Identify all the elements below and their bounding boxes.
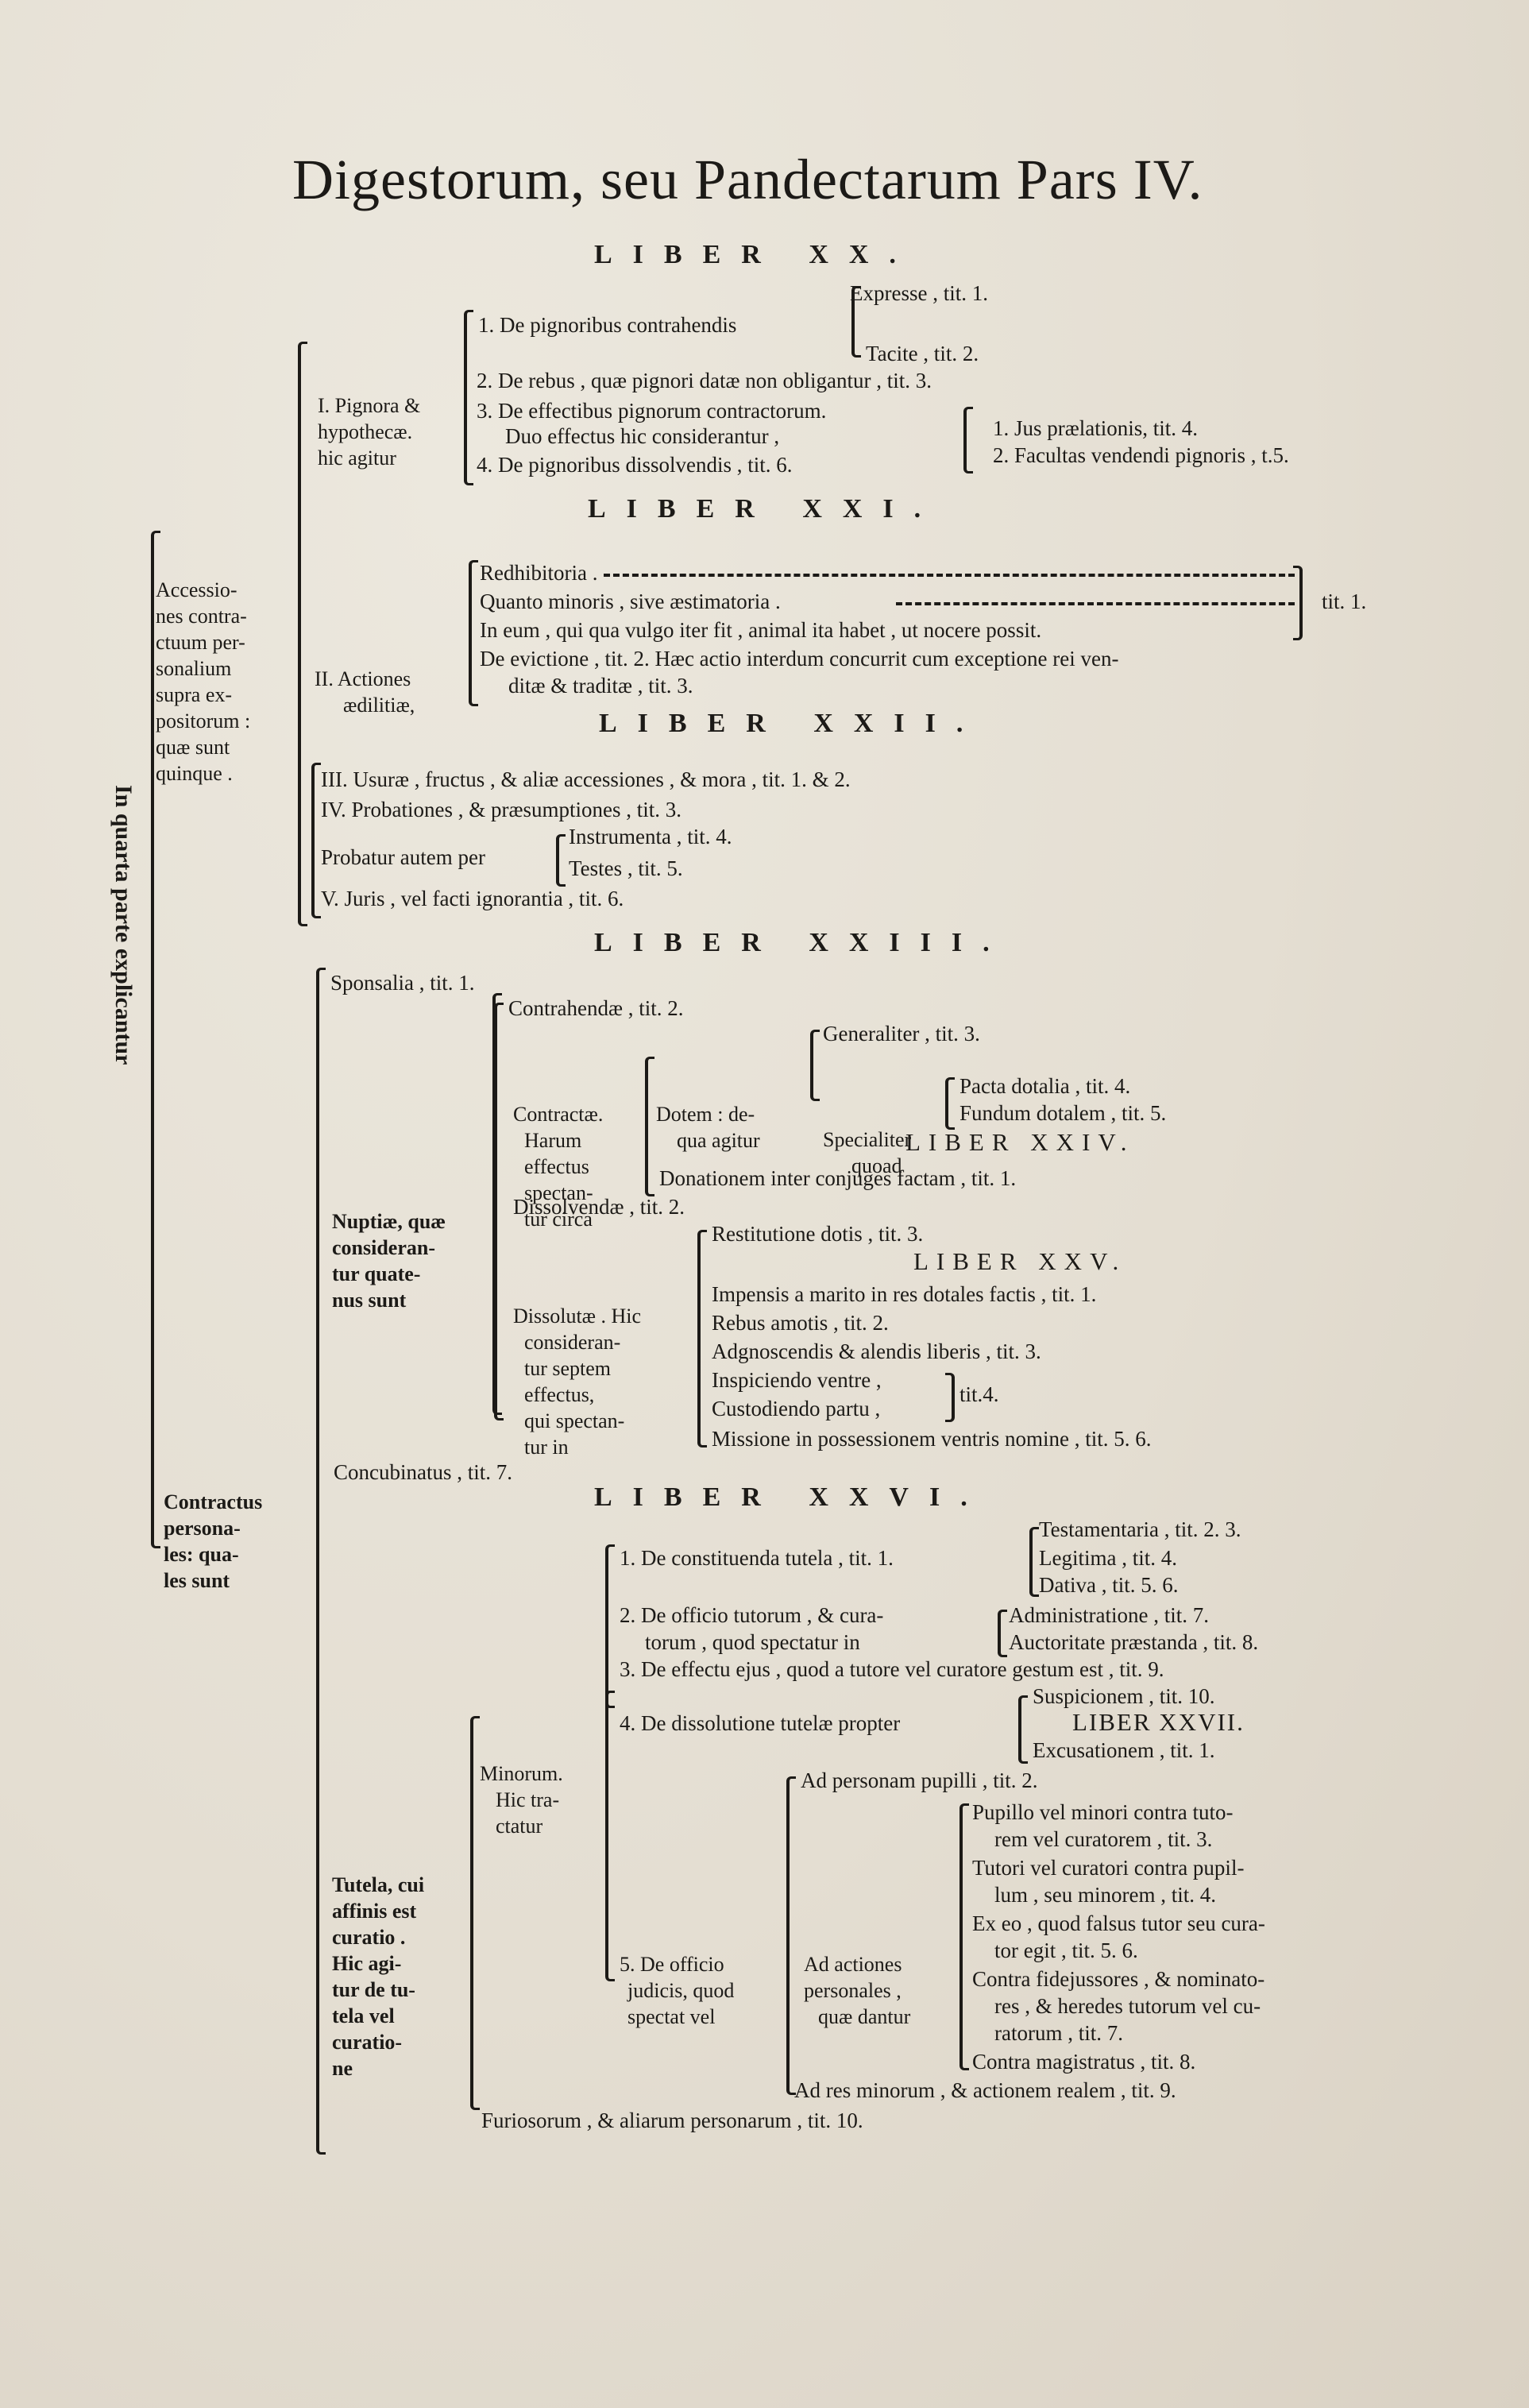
actio-4a: Contra fidejussores , & nominato- [972,1965,1265,1992]
brace [1029,1527,1039,1597]
liber-xxvi-item-1: 1. De constituenda tutela , tit. 1. [620,1544,894,1571]
contractus-label: Contractuspersona-les: qua-les sunt [164,1436,262,1620]
liber-xxv-item-6: Missione in possessionem ventris nomine … [712,1425,1152,1452]
redhibitoria: Redhibitoria . [480,559,597,586]
administratione: Administratione , tit. 7. [1009,1602,1209,1629]
brace [945,1373,955,1422]
probatur: Probatur autem per [321,844,485,871]
eviction-b: ditæ & traditæ , tit. 3. [508,672,693,699]
liber-xxii-heading: LIBER XXII. [599,709,983,739]
contractus-bracket [316,968,326,2155]
actiones-label: II. Actionesædilitiæ, [315,613,415,744]
liber-xxvi-item-3: 3. De effectu ejus , quod a tutore vel c… [620,1656,1164,1683]
dotem-label: Dotem : de-qua agitur [656,1049,760,1180]
liber-xxv-item-2: Rebus amotis , tit. 2. [712,1309,889,1336]
dativa: Dativa , tit. 5. 6. [1039,1571,1178,1598]
matrimony-bracket [494,1003,504,1420]
brace [556,834,566,887]
liber-xx-item-3a: 3. De effectibus pignorum contractorum. [477,397,826,424]
liber-xxvi-heading: LIBER XXVI. [594,1482,988,1513]
liber-xxv-heading: LIBER XXV. [913,1247,1126,1276]
liber-xxii-bracket [311,763,321,918]
actio-3a: Ex eo , quod falsus tutor seu cura- [972,1910,1265,1937]
page-title: Digestorum, seu Pandectarum Pars IV. [292,148,1203,211]
liber-xx-item-3-sub-2: 2. Facultas vendendi pignoris , t.5. [993,442,1289,469]
liber-xx-heading: LIBER XX. [594,240,917,270]
in-eum: In eum , qui qua vulgo iter fit , animal… [480,616,1041,644]
actio-3b: tor egit , tit. 5. 6. [994,1937,1138,1964]
juris: V. Juris , vel facti ignorantia , tit. 6… [321,885,624,912]
ad-res: Ad res minorum , & actionem realem , tit… [794,2077,1176,2104]
excusationem: Excusationem , tit. 1. [1033,1737,1214,1764]
liber-xxiv-heading: LIBER XXIV. [905,1128,1135,1157]
donationem: Donationem inter conjuges factam , tit. … [659,1165,1016,1192]
leader-line [896,602,1295,605]
liber-xxiii-heading: LIBER XXIII. [594,928,1010,958]
accessiones-label: Accessio-nes contra-ctuum per-sonaliumsu… [156,524,250,813]
liber-xxv-item-5: Custodiendo partu , [712,1395,880,1422]
liber-xxvi-item-2a: 2. De officio tutorum , & cura- [620,1602,883,1629]
brace [810,1030,820,1101]
tit-4: tit.4. [959,1381,999,1408]
dissolutae-label: Dissolutæ . Hicconsideran-tur septemeffe… [513,1250,641,1486]
dissolvendae: Dissolvendæ , tit. 2. [513,1193,685,1220]
eviction-a: De evictione , tit. 2. Hæc actio interdu… [480,645,1118,672]
officio-bracket [786,1776,796,2095]
brace [851,286,861,358]
liber-xxvi-item-2b: torum , quod spectatur in [645,1629,860,1656]
generaliter: Generaliter , tit. 3. [823,1020,980,1047]
liber-xx-item-4: 4. De pignoribus dissolvendis , tit. 6. [477,451,793,478]
concubinatus: Concubinatus , tit. 7. [334,1459,512,1486]
brace [945,1077,955,1130]
pacta-dotalia: Pacta dotalia , tit. 4. [959,1073,1130,1100]
brace [998,1610,1007,1657]
actio-1a: Pupillo vel minori contra tuto- [972,1799,1233,1826]
actio-2a: Tutori vel curatori contra pupil- [972,1854,1244,1881]
legitima: Legitima , tit. 4. [1039,1544,1177,1571]
probationes: IV. Probationes , & præsumptiones , tit.… [321,796,681,823]
minorum-bracket [470,1716,480,2110]
actiones-bracket [469,560,478,706]
pignora-label: I. Pignora &hypothecæ.hic agitur [318,340,420,497]
liber-xx-item-1: 1. De pignoribus contrahendis [478,311,736,338]
leader-line [604,574,1295,577]
actio-4c: ratorum , tit. 7. [994,2020,1123,2047]
actiones-bracket [959,1803,969,2070]
actio-1b: rem vel curatorem , tit. 3. [994,1826,1212,1853]
furiosorum: Furiosorum , & aliarum personarum , tit.… [481,2107,863,2134]
liber-xxi-heading: LIBER XXI. [588,494,941,524]
instrumenta: Instrumenta , tit. 4. [569,823,732,850]
fundum-dotalem: Fundum dotalem , tit. 5. [959,1100,1166,1127]
liber-xx-item-1-sub-2: Tacite , tit. 2. [866,340,979,367]
accessiones-bracket [298,342,307,926]
restitutione: Restitutione dotis , tit. 3. [712,1220,923,1247]
pignora-bracket [464,310,473,485]
liber-xx-item-2: 2. De rebus , quæ pignori datæ non oblig… [477,367,932,394]
liber-xxvi-item-4: 4. De dissolutione tutelæ propter [620,1710,900,1737]
minorum-label: Minorum.Hic tra-ctatur [480,1708,563,1865]
suspicionem: Suspicionem , tit. 10. [1033,1683,1215,1710]
officio-judicis-label: 5. De officiojudicis, quodspectat vel [620,1899,734,2056]
ad-actiones-label: Ad actionespersonales ,quæ dantur [804,1899,910,2056]
testamentaria: Testamentaria , tit. 2. 3. [1039,1516,1241,1543]
tit-1: tit. 1. [1322,588,1366,615]
brace [1018,1695,1028,1764]
vertical-label: In quarta parte explicantur [110,785,137,1065]
usurae: III. Usuræ , fructus , & aliæ accessione… [321,766,851,793]
actio-5: Contra magistratus , tit. 8. [972,2048,1195,2075]
liber-xx-item-3-sub-1: 1. Jus prælationis, tit. 4. [993,415,1198,442]
testes: Testes , tit. 5. [569,855,683,882]
quanto-minoris: Quanto minoris , sive æstimatoria . [480,588,781,615]
minorum-sub-bracket [605,1691,615,1981]
tutela-label: Tutela, cuiaffinis estcuratio .Hic agi-t… [332,1819,424,2108]
ad-personam: Ad personam pupilli , tit. 2. [801,1767,1037,1794]
actio-4b: res , & heredes tutorum vel cu- [994,1992,1261,2020]
auctoritate: Auctoritate præstanda , tit. 8. [1009,1629,1258,1656]
brace [1293,566,1303,640]
dissolutae-bracket [697,1230,707,1448]
liber-xxvii-heading: LIBER XXVII. [1072,1708,1245,1737]
liber-xxvi-bracket [605,1544,615,1708]
nuptiae-label: Nuptiæ, quæconsideran-tur quate-nus sunt [332,1156,446,1339]
liber-xxv-item-1: Impensis a marito in res dotales factis … [712,1281,1096,1308]
contractae-label: Contractæ.Harumeffectusspectan-tur circa [513,1049,603,1258]
contrahendae: Contrahendæ , tit. 2. [508,995,683,1022]
sponsalia: Sponsalia , tit. 1. [330,969,475,996]
brace [963,407,973,473]
liber-xxv-item-3: Adgnoscendis & alendis liberis , tit. 3. [712,1338,1041,1365]
actio-2b: lum , seu minorem , tit. 4. [994,1881,1216,1908]
liber-xx-item-3b: Duo effectus hic considerantur , [505,423,779,450]
liber-xx-item-1-sub-1: Expresse , tit. 1. [850,280,988,307]
liber-xxv-item-4: Inspiciendo ventre , [712,1366,882,1393]
contractae-bracket [645,1057,654,1196]
